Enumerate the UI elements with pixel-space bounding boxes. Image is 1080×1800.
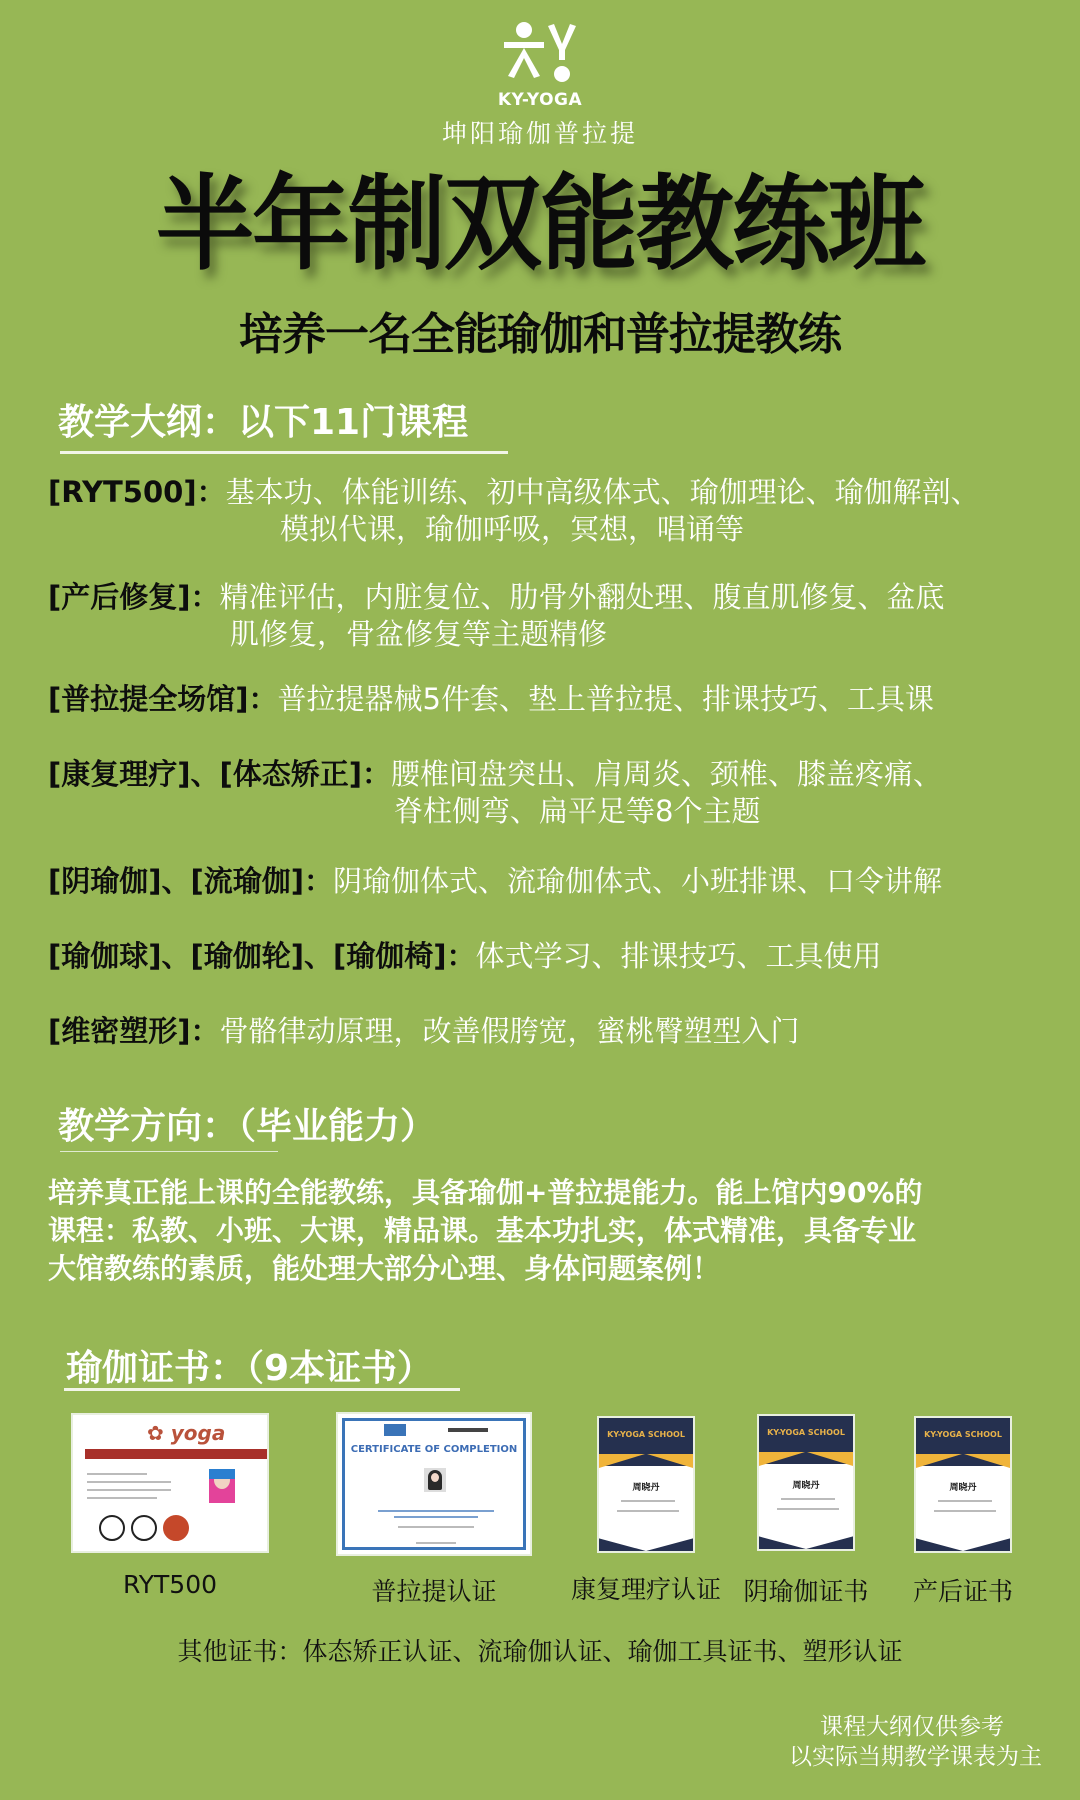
yoga-alliance-logo: ✿ yoga [147, 1421, 225, 1445]
certificates-divider [64, 1388, 460, 1391]
cert-image-yin: KY-YOGA SCHOOL 周晓丹 [757, 1414, 855, 1551]
cert-label: 产后证书 [893, 1572, 1033, 1608]
cert-image-ryt500: ✿ yoga [71, 1413, 269, 1553]
course-item-shaping: [维密塑形]：骨骼律动原理，改善假胯宽，蜜桃臀塑型入门 [48, 1013, 1060, 1050]
course-desc: 阴瑜伽体式、流瑜伽体式、小班排课、口令讲解 [333, 864, 942, 898]
course-desc: 基本功、体能训练、初中高级体式、瑜伽理论、瑜伽解剖、 [226, 475, 980, 509]
course-label: [产后修复]： [48, 580, 220, 614]
pma-logo-icon [384, 1424, 406, 1436]
course-label: [RYT500]： [48, 475, 226, 509]
cert-label: 普拉提认证 [336, 1572, 532, 1608]
brand-name-en: KY-YOGA [0, 90, 1080, 110]
cert-holder-name: 周晓丹 [916, 1480, 1010, 1493]
holder-photo [209, 1469, 235, 1503]
cert-image-rehab: KY-YOGA SCHOOL 周晓丹 [597, 1416, 695, 1553]
other-certificates: 其他证书：体态矫正认证、流瑜伽认证、瑜伽工具证书、塑形认证 [0, 1632, 1080, 1668]
course-item-pilates: [普拉提全场馆]：普拉提器械5件套、垫上普拉提、排课技巧、工具课 [48, 681, 1060, 718]
cert-image-postpartum: KY-YOGA SCHOOL 周晓丹 [914, 1416, 1012, 1553]
brand-header: KY-YOGA 坤阳瑜伽普拉提 [0, 20, 1080, 150]
course-desc: 骨骼律动原理，改善假胯宽，蜜桃臀塑型入门 [220, 1014, 800, 1048]
course-desc: 体式学习、排课技巧、工具使用 [476, 939, 882, 973]
brand-name-cn: 坤阳瑜伽普拉提 [0, 114, 1080, 150]
syllabus-divider [60, 451, 508, 454]
course-desc-cont: 脊柱侧弯、扁平足等8个主题 [48, 793, 1060, 830]
holder-photo [424, 1468, 446, 1492]
yoga-seal-icon [163, 1515, 189, 1541]
course-label: [瑜伽球]、[瑜伽轮]、[瑜伽椅]： [48, 939, 476, 973]
footnote-line: 以实际当期教学课表为主 [789, 1742, 1042, 1772]
rys-seal-icon [131, 1515, 157, 1541]
cert-label: RYT500 [71, 1570, 269, 1599]
course-desc: 普拉提器械5件套、垫上普拉提、排课技巧、工具课 [278, 682, 934, 716]
direction-line: 大馆教练的素质，能处理大部分心理、身体问题案例！ [48, 1250, 1038, 1288]
course-desc: 精准评估，内脏复位、肋骨外翻处理、腹直肌修复、盆底 [220, 580, 945, 614]
footnote: 课程大纲仅供参考 以实际当期教学课表为主 [789, 1712, 1042, 1772]
course-item-ryt500: [RYT500]：基本功、体能训练、初中高级体式、瑜伽理论、瑜伽解剖、 模拟代课… [48, 474, 1060, 548]
ky-school-title: KY-YOGA SCHOOL [759, 1428, 853, 1437]
cert-holder-name: 周晓丹 [759, 1478, 853, 1491]
course-label: [普拉提全场馆]： [48, 682, 278, 716]
page-subtitle: 培养一名全能瑜伽和普拉提教练 [0, 298, 1080, 362]
course-item-props: [瑜伽球]、[瑜伽轮]、[瑜伽椅]：体式学习、排课技巧、工具使用 [48, 938, 1060, 975]
direction-paragraph: 培养真正能上课的全能教练，具备瑜伽+普拉提能力。能上馆内90%的 课程：私教、小… [48, 1174, 1038, 1288]
course-item-yin-flow: [阴瑜伽]、[流瑜伽]：阴瑜伽体式、流瑜伽体式、小班排课、口令讲解 [48, 863, 1060, 900]
ky-yoga-logo-icon [0, 20, 1080, 84]
ky-school-title: KY-YOGA SCHOOL [916, 1430, 1010, 1439]
course-item-rehab-posture: [康复理疗]、[体态矫正]：腰椎间盘突出、肩周炎、颈椎、膝盖疼痛、 脊柱侧弯、扁… [48, 756, 1060, 830]
syllabus-heading: 教学大纲：以下11门课程 [58, 394, 468, 445]
course-desc: 腰椎间盘突出、肩周炎、颈椎、膝盖疼痛、 [391, 757, 942, 791]
cert-holder-name: 周晓丹 [599, 1480, 693, 1493]
page-title: 半年制双能教练班 [0, 162, 1080, 288]
course-label: [阴瑜伽]、[流瑜伽]： [48, 864, 333, 898]
direction-line: 课程：私教、小班、大课，精品课。基本功扎实，体式精准，具备专业 [48, 1212, 1038, 1250]
direction-heading: 教学方向：（毕业能力） [58, 1098, 436, 1149]
direction-line: 培养真正能上课的全能教练，具备瑜伽+普拉提能力。能上馆内90%的 [48, 1174, 1038, 1212]
ky-school-title: KY-YOGA SCHOOL [599, 1430, 693, 1439]
direction-divider [60, 1151, 278, 1152]
cert-label: 康复理疗认证 [556, 1570, 736, 1606]
cert-label: 阴瑜伽证书 [726, 1572, 886, 1608]
footnote-line: 课程大纲仅供参考 [789, 1712, 1042, 1742]
course-desc-cont: 肌修复，骨盆修复等主题精修 [48, 616, 1060, 653]
registration-band [85, 1449, 267, 1459]
course-label: [康复理疗]、[体态矫正]： [48, 757, 391, 791]
course-label: [维密塑形]： [48, 1014, 220, 1048]
pma-cert-title: CERTIFICATE OF COMPLETION [338, 1444, 530, 1455]
ryt-seal-icon [99, 1515, 125, 1541]
course-item-postpartum: [产后修复]：精准评估，内脏复位、肋骨外翻处理、腹直肌修复、盆底 肌修复，骨盆修… [48, 579, 1060, 653]
cert-image-pilates: CERTIFICATE OF COMPLETION [336, 1412, 532, 1556]
certificates-heading: 瑜伽证书：（9本证书） [66, 1340, 433, 1391]
course-desc-cont: 模拟代课，瑜伽呼吸，冥想，唱诵等 [48, 511, 1060, 548]
